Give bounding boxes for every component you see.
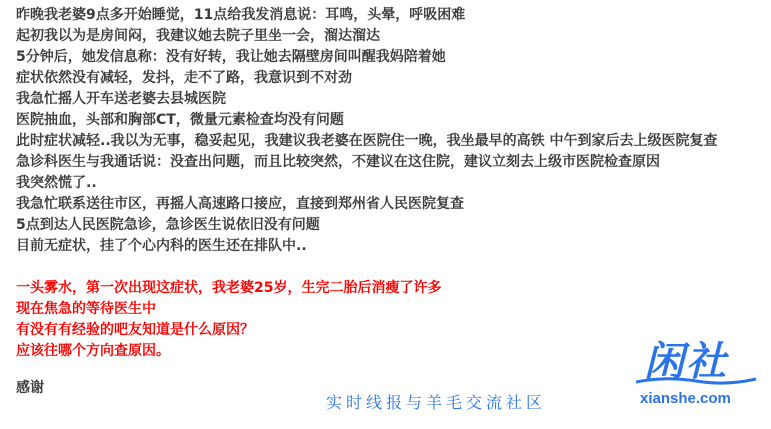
highlight-line: 现在焦急的等待医生中 xyxy=(16,299,766,320)
watermark-slogan: 实时线报与羊毛交流社区 xyxy=(326,390,546,413)
post-line: 昨晚我老婆9点多开始睡觉，11点给我发消息说：耳鸣，头晕，呼吸困难 xyxy=(16,5,766,26)
post-line: 急诊科医生与我通话说：没查出问题，而且比较突然，不建议在这住院，建议立刻去上级市… xyxy=(16,152,766,173)
post-line: 我急忙摇人开车送老婆去县城医院 xyxy=(16,89,766,110)
highlight-line: 一头雾水，第一次出现这症状，我老婆25岁，生完二胎后消瘦了许多 xyxy=(16,278,766,299)
post-line: 我急忙联系送往市区，再摇人高速路口接应，直接到郑州省人民医院复查 xyxy=(16,194,766,215)
post-line: 5分钟后，她发信息称：没有好转，我让她去隔壁房间叫醒我妈陪着她 xyxy=(16,47,766,68)
post-line: 症状依然没有减轻，发抖，走不了路，我意识到不对劲 xyxy=(16,68,766,89)
post-line: 目前无症状，挂了个心内科的医生还在排队中.. xyxy=(16,236,766,257)
logo-domain: xianshe.com xyxy=(640,390,731,407)
wave-icon xyxy=(636,376,756,386)
post-line: 我突然慌了.. xyxy=(16,173,766,194)
post-paragraphs: 昨晚我老婆9点多开始睡觉，11点给我发消息说：耳鸣，头晕，呼吸困难 起初我以为是… xyxy=(16,5,766,257)
watermark-logo: 闲社 xianshe.com xyxy=(636,334,756,394)
post-line: 医院抽血，头部和胸部CT，微量元素检查均没有问题 xyxy=(16,110,766,131)
spacer xyxy=(16,257,766,278)
post-line: 5点到达人民医院急诊，急诊医生说依旧没有问题 xyxy=(16,215,766,236)
post-line: 此时症状减轻..我以为无事，稳妥起见，我建议我老婆在医院住一晚，我坐最早的高铁 … xyxy=(16,131,766,152)
post-line: 起初我以为是房间闷，我建议她去院子里坐一会，溜达溜达 xyxy=(16,26,766,47)
